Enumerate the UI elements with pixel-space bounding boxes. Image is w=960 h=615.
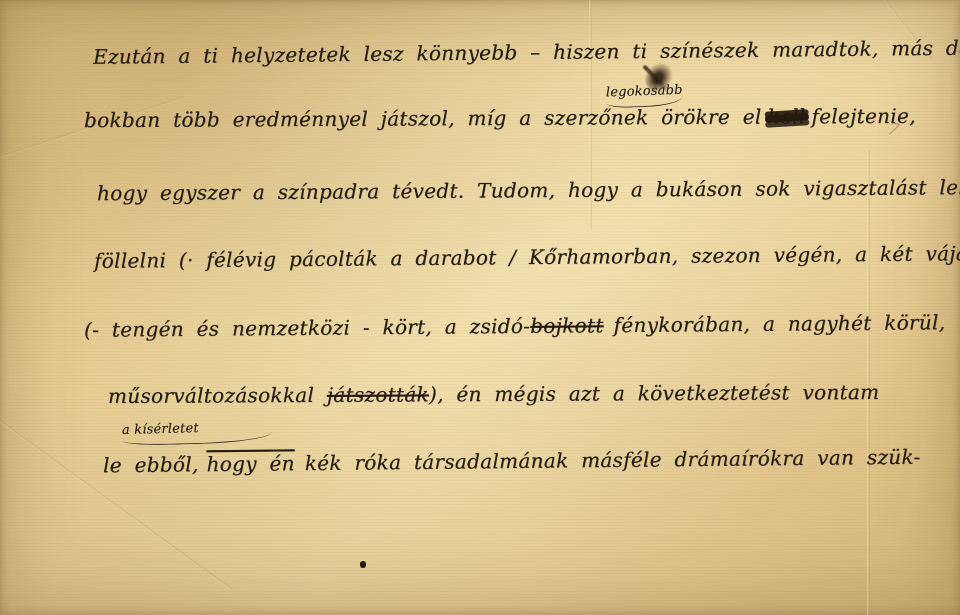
- overlined-words: hogy én: [206, 451, 294, 476]
- line-segment: le ebből,: [103, 452, 199, 477]
- manuscript-page: Ezután a ti helyzetetek lesz könnyebb – …: [0, 0, 960, 615]
- handwritten-line: Ezután a ti helyzetetek lesz könnyebb – …: [93, 35, 960, 68]
- insertion-text: a kísérletet: [122, 421, 199, 438]
- ink-dot: [360, 561, 366, 568]
- struck-word: játszották: [327, 382, 429, 407]
- handwritten-line: föllelni (· félévig pácolták a darabot /…: [94, 241, 960, 273]
- handwritten-line: le ebből,hogy énkék róka társadalmának m…: [103, 445, 921, 478]
- line-segment: fénykorában, a nagyhét körül,: [614, 310, 946, 337]
- line-segment: műsorváltozásokkal: [108, 383, 314, 408]
- insertion-text: legokosabb: [606, 83, 683, 101]
- handwritten-line: hogy egyszer a színpadra tévedt. Tudom, …: [97, 175, 960, 205]
- line-segment: bokban több eredménnyel játszol, míg a s…: [84, 105, 762, 133]
- handwritten-line: bokban több eredménnyel játszol, míg a s…: [84, 104, 916, 132]
- handwritten-line: műsorváltozásokkal játszották), én mégis…: [108, 380, 879, 408]
- struck-word: bojkott: [530, 313, 604, 338]
- line-segment: (- tengén és nemzetközi - kört, a zsidó-: [84, 314, 530, 342]
- interline-insertion: a kísérletet: [122, 419, 273, 446]
- scribbled-out-word: kell: [767, 104, 805, 128]
- handwritten-line: (- tengén és nemzetközi - kört, a zsidó-…: [84, 310, 946, 342]
- line-segment: kék róka társadalmának másféle drámaírók…: [305, 445, 921, 475]
- line-segment: ), én mégis azt a következtetést vontam: [429, 380, 880, 406]
